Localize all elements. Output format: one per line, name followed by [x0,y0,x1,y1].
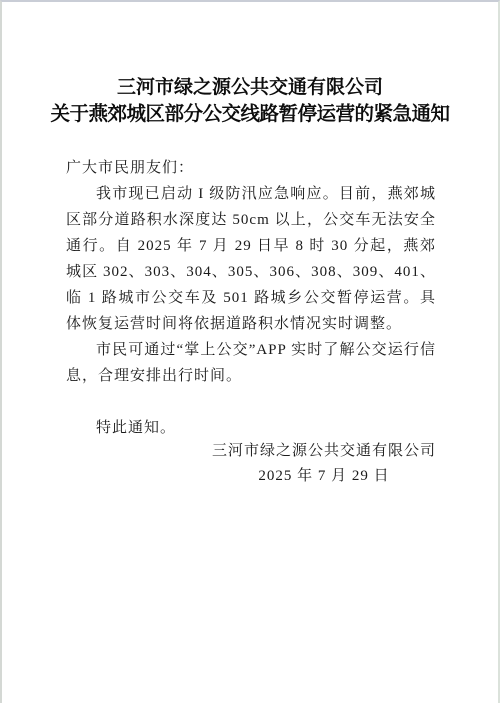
notice-title-company: 三河市绿之源公共交通有限公司 [2,74,498,101]
signature-block: 三河市绿之源公共交通有限公司 2025 年 7 月 29 日 [212,439,436,489]
signature-date: 2025 年 7 月 29 日 [212,464,436,489]
signature-company: 三河市绿之源公共交通有限公司 [212,439,436,464]
notice-title: 三河市绿之源公共交通有限公司 关于燕郊城区部分公交线路暂停运营的紧急通知 [2,74,498,128]
closing-phrase: 特此通知。 [66,415,436,441]
salutation: 广大市民朋友们： [66,155,436,181]
notice-title-subject: 关于燕郊城区部分公交线路暂停运营的紧急通知 [2,101,498,128]
paragraph-app-info: 市民可通过“掌上公交”APP 实时了解公交运行信息，合理安排出行时间。 [66,337,436,389]
notice-body: 广大市民朋友们： 我市现已启动 I 级防汛应急响应。目前，燕郊城区部分道路积水深… [66,155,436,441]
notice-page: 三河市绿之源公共交通有限公司 关于燕郊城区部分公交线路暂停运营的紧急通知 广大市… [0,0,500,703]
paragraph-suspension-details: 我市现已启动 I 级防汛应急响应。目前，燕郊城区部分道路积水深度达 50cm 以… [66,181,436,337]
